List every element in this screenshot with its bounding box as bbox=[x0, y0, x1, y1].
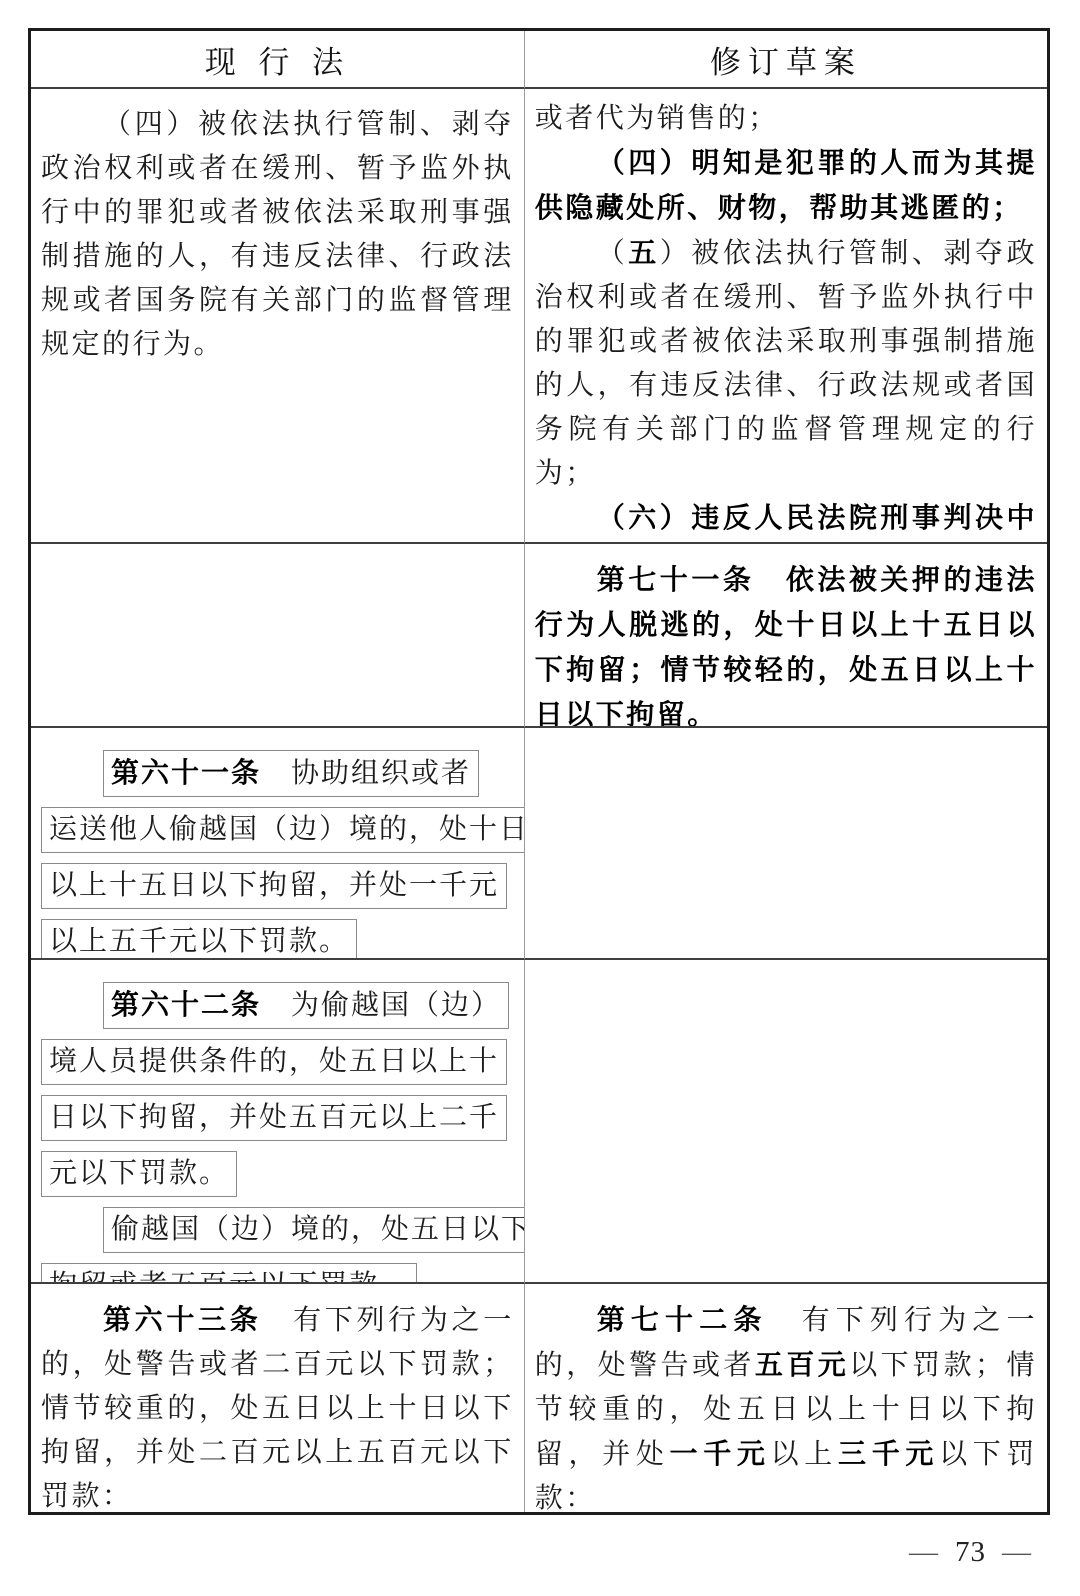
text-segment: ）被依法执行管制、剥夺政治权利或者在缓刑、暂予监外执行中的罪犯或者被依法采取刑事… bbox=[535, 238, 1037, 489]
text-segment-bold: 第七十一条 依法被关押的违法行为人脱逃的，处十日以上十五日以下拘留；情节较轻的，… bbox=[535, 564, 1037, 728]
paragraph-article72: 第七十二条 有下列行为之一的，处警告或者五百元以下罚款；情节较重的，处五日以上十… bbox=[535, 1298, 1037, 1512]
paragraph-article63: 第六十三条 有下列行为之一的，处警告或者二百元以下罚款；情节较重的，处五日以上十… bbox=[41, 1298, 514, 1512]
text-segment-bold: 第七十二条 bbox=[597, 1304, 768, 1335]
text-segment: 或者代为销售的； bbox=[535, 103, 779, 134]
text-segment: 以上十五日以下拘留，并处一千元 bbox=[49, 870, 499, 901]
text-segment-bold: 第六十一条 bbox=[111, 757, 261, 788]
text-segment: 运送他人偷越国（边）境的，处十日 bbox=[49, 814, 525, 845]
deleted-line-box: 第六十二条 为偷越国（边） bbox=[103, 982, 509, 1029]
text-segment: 为偷越国（边） bbox=[261, 990, 501, 1021]
header-current-law-label: 现 行 法 bbox=[205, 37, 350, 82]
header-revision-draft: 修订草案 bbox=[525, 31, 1047, 89]
page-number-value: 73 bbox=[955, 1536, 986, 1568]
text-segment: （ bbox=[597, 238, 629, 269]
cell-row3-revision-draft-empty bbox=[525, 728, 1047, 960]
deleted-article61-block: 第六十一条 协助组织或者 运送他人偷越国（边）境的，处十日 以上十五日以下拘留，… bbox=[41, 736, 514, 960]
text-segment: 协助组织或者 bbox=[261, 758, 471, 789]
deleted-line-box: 境人员提供条件的，处五日以上十 bbox=[41, 1039, 507, 1085]
text-segment-bold: 第六十二条 bbox=[111, 989, 261, 1020]
text-segment: 以上五千元以下罚款。 bbox=[49, 926, 349, 957]
cell-row5-revision-draft: 第七十二条 有下列行为之一的，处警告或者五百元以下罚款；情节较重的，处五日以上十… bbox=[525, 1284, 1047, 1512]
deleted-line-box: 偷越国（边）境的，处五日以下 bbox=[103, 1207, 525, 1253]
cell-row2-revision-draft: 第七十一条 依法被关押的违法行为人脱逃的，处十日以上十五日以下拘留；情节较轻的，… bbox=[525, 544, 1047, 728]
deleted-line-box: 拘留或者五百元以下罚款。 bbox=[41, 1263, 417, 1284]
cell-row2-current-law-empty bbox=[31, 544, 525, 728]
paragraph-item6-revised: （六）违反人民法院刑事判决中的禁止令或者职业禁止决定的。 bbox=[535, 496, 1037, 544]
header-revision-draft-label: 修订草案 bbox=[710, 37, 862, 82]
header-current-law: 现 行 法 bbox=[31, 31, 525, 89]
text-segment-bold: 五 bbox=[628, 237, 660, 268]
law-comparison-table: 现 行 法 修订草案 （四）被依法执行管制、剥夺政治权利或者在缓刑、暂予监外执行… bbox=[28, 28, 1050, 1515]
page-number: —73— bbox=[909, 1536, 1032, 1569]
cell-row3-current-law: 第六十一条 协助组织或者 运送他人偷越国（边）境的，处十日 以上十五日以下拘留，… bbox=[31, 728, 525, 960]
text-segment: 元以下罚款。 bbox=[49, 1158, 229, 1189]
text-segment-bold: 三千元 bbox=[838, 1438, 939, 1469]
paragraph-item4-revised: （四）明知是犯罪的人而为其提供隐藏处所、财物，帮助其逃匿的； bbox=[535, 141, 1037, 231]
cell-row1-revision-draft: 或者代为销售的； （四）明知是犯罪的人而为其提供隐藏处所、财物，帮助其逃匿的； … bbox=[525, 89, 1047, 544]
text-segment-bold: （四）明知是犯罪的人而为其提供隐藏处所、财物，帮助其逃匿的； bbox=[535, 147, 1037, 223]
deleted-line-box: 第六十一条 协助组织或者 bbox=[103, 750, 479, 797]
cell-row4-revision-draft-empty bbox=[525, 960, 1047, 1284]
text-segment: 以上 bbox=[771, 1439, 838, 1470]
text-segment-bold: 第六十三条 bbox=[103, 1304, 261, 1335]
paragraph-article71: 第七十一条 依法被关押的违法行为人脱逃的，处十日以上十五日以下拘留；情节较轻的，… bbox=[535, 558, 1037, 728]
cell-row4-current-law: 第六十二条 为偷越国（边） 境人员提供条件的，处五日以上十 日以下拘留，并处五百… bbox=[31, 960, 525, 1284]
text-segment: 境人员提供条件的，处五日以上十 bbox=[49, 1046, 499, 1077]
paragraph-continuation: 或者代为销售的； bbox=[535, 97, 1037, 141]
text-segment-bold: （六）违反人民法院刑事判决中的禁止令或者职业禁止决定的。 bbox=[535, 502, 1037, 544]
text-segment: 拘留或者五百元以下罚款。 bbox=[49, 1270, 409, 1284]
deleted-line-box: 元以下罚款。 bbox=[41, 1151, 237, 1197]
deleted-line-box: 运送他人偷越国（边）境的，处十日 bbox=[41, 807, 525, 853]
deleted-line-box: 以上五千元以下罚款。 bbox=[41, 919, 357, 960]
deleted-line-box: 以上十五日以下拘留，并处一千元 bbox=[41, 863, 507, 909]
cell-row1-current-law: （四）被依法执行管制、剥夺政治权利或者在缓刑、暂予监外执行中的罪犯或者被依法采取… bbox=[31, 89, 525, 544]
text-segment: 有下列行为之一的，处警告或者二百元以下罚款；情节较重的，处五日以上十日以下拘留，… bbox=[41, 1305, 514, 1512]
paragraph-item4-current: （四）被依法执行管制、剥夺政治权利或者在缓刑、暂予监外执行中的罪犯或者被依法采取… bbox=[41, 103, 514, 367]
text-segment: （四）被依法执行管制、剥夺政治权利或者在缓刑、暂予监外执行中的罪犯或者被依法采取… bbox=[41, 109, 514, 360]
page-number-dash-right: — bbox=[1002, 1536, 1032, 1568]
page-number-dash-left: — bbox=[909, 1536, 939, 1568]
paragraph-item5-revised: （五）被依法执行管制、剥夺政治权利或者在缓刑、暂予监外执行中的罪犯或者被依法采取… bbox=[535, 231, 1037, 496]
text-segment-bold: 五百元 bbox=[755, 1349, 849, 1380]
text-segment-bold: 一千元 bbox=[670, 1438, 771, 1469]
text-segment: 日以下拘留，并处五百元以上二千 bbox=[49, 1102, 499, 1133]
text-segment: 偷越国（边）境的，处五日以下 bbox=[111, 1214, 525, 1245]
deleted-article62-block: 第六十二条 为偷越国（边） 境人员提供条件的，处五日以上十 日以下拘留，并处五百… bbox=[41, 968, 514, 1284]
cell-row5-current-law: 第六十三条 有下列行为之一的，处警告或者二百元以下罚款；情节较重的，处五日以上十… bbox=[31, 1284, 525, 1512]
deleted-line-box: 日以下拘留，并处五百元以上二千 bbox=[41, 1095, 507, 1141]
